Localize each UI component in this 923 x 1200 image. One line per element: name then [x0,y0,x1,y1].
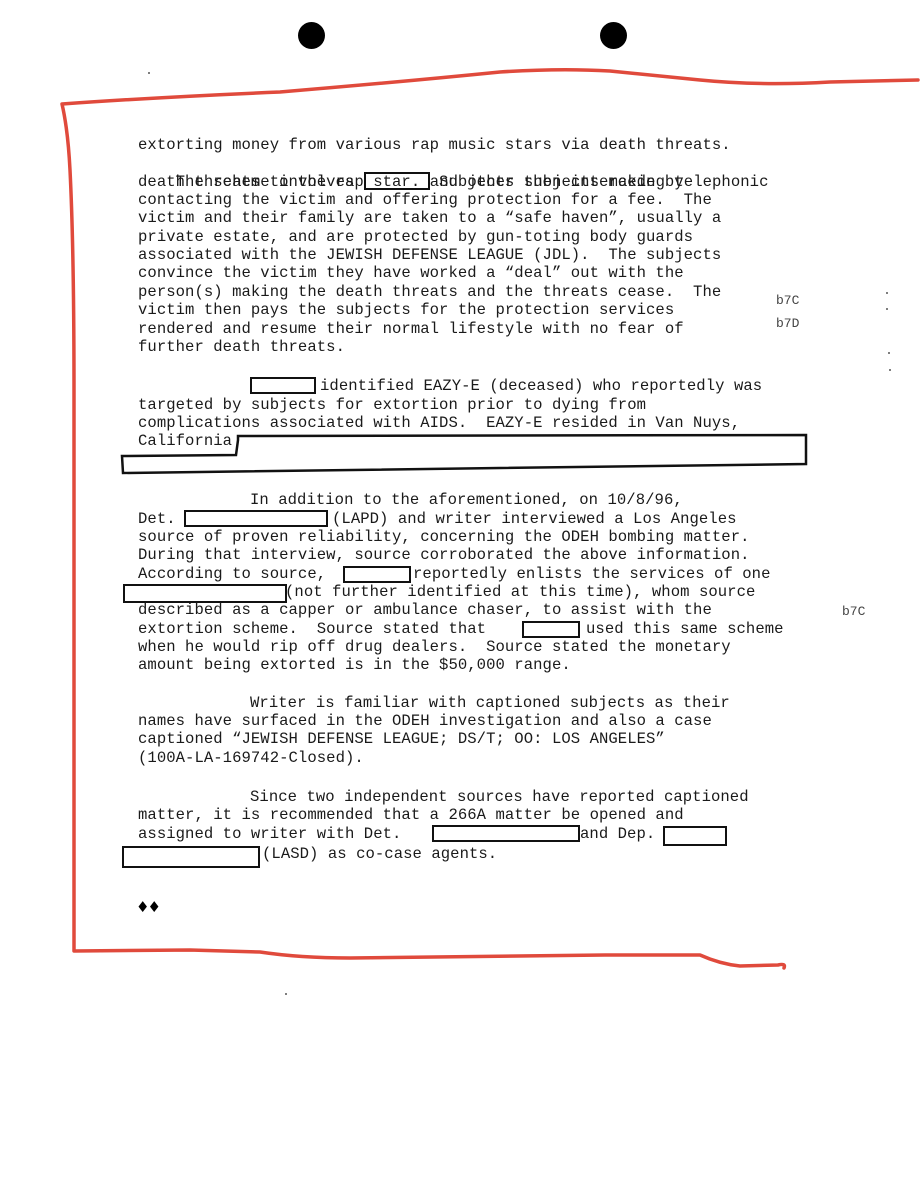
text-line: During that interview, source corroborat… [138,546,750,564]
text-line: and Dep. [580,825,655,843]
redaction-box [522,621,580,638]
redaction-box [343,566,411,583]
end-marker: ♦♦ [136,898,159,916]
text-line: captioned “JEWISH DEFENSE LEAGUE; DS/T; … [138,730,665,748]
text-line: Det. [138,510,176,528]
text-line: extortion scheme. Source stated that [138,620,486,638]
text-line: source of proven reliability, concerning… [138,528,750,546]
text-line: In addition to the aforementioned, on 10… [250,491,683,509]
document-page: extorting money from various rap music s… [0,0,923,1200]
text-line: amount being extorted is in the $50,000 … [138,656,571,674]
text-line: when he would rip off drug dealers. Sour… [138,638,731,656]
text-line: reportedly enlists the services of one [413,565,771,583]
text-line: names have surfaced in the ODEH investig… [138,712,712,730]
text-line: Since two independent sources have repor… [250,788,749,806]
text-line: matter, it is recommended that a 266A ma… [138,806,684,824]
text-line: used this same scheme [586,620,784,638]
text-line: (100A-LA-169742-Closed). [138,749,364,767]
text-line: assigned to writer with Det. [138,825,401,843]
text-line: (LASD) as co-case agents. [262,845,497,863]
redaction-box [122,846,260,868]
text-line: (LAPD) and writer interviewed a Los Ange… [332,510,737,528]
text-line: Writer is familiar with captioned subjec… [250,694,730,712]
text-line: According to source, [138,565,326,583]
exemption-code: b7C [842,604,865,619]
redaction-box [184,510,328,527]
text-line: described as a capper or ambulance chase… [138,601,712,619]
redaction-box [663,826,727,846]
redaction-box [432,825,580,842]
text-line: (not further identified at this time), w… [285,583,755,601]
